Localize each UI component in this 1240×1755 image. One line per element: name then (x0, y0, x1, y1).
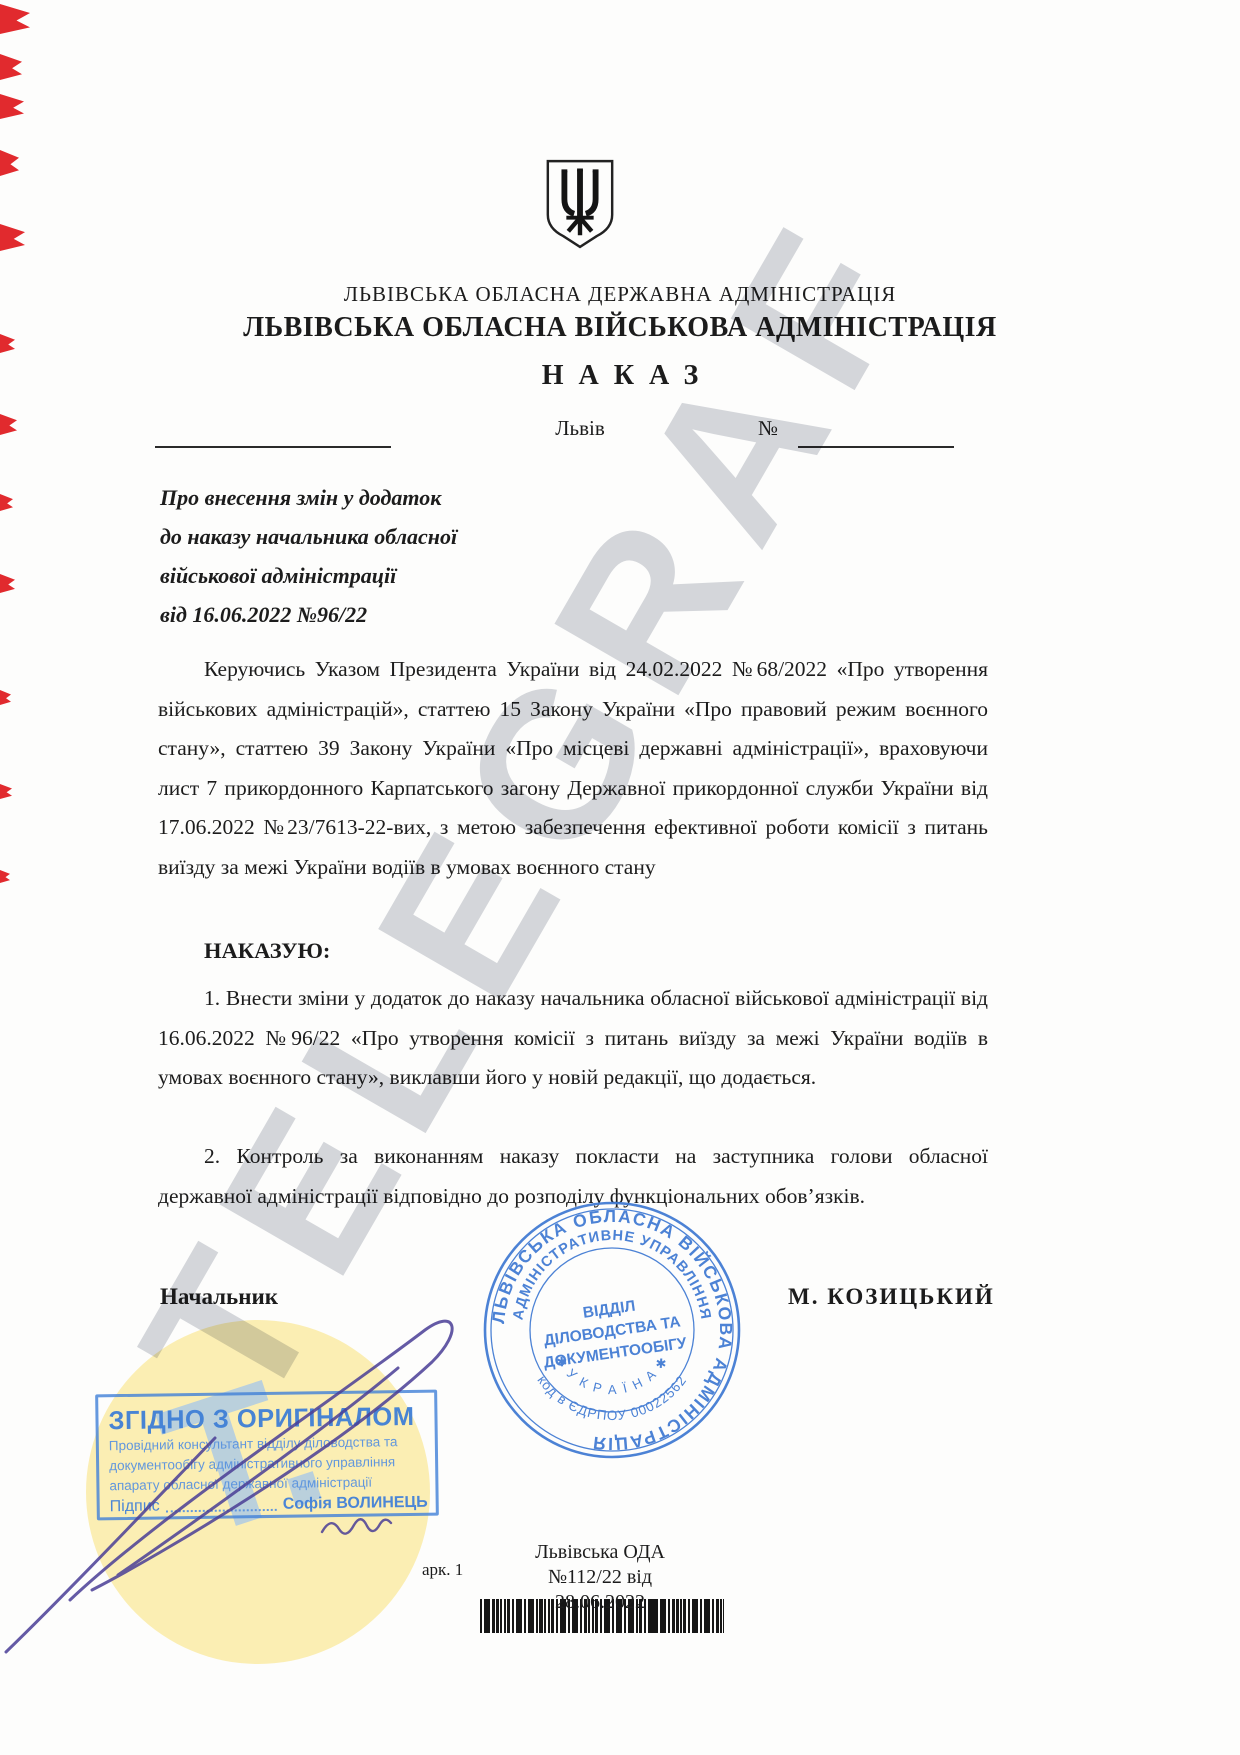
order-preamble: Керуючись Указом Президента України від … (158, 650, 988, 887)
registration-number: №112/22 від (450, 1565, 750, 1590)
edge-mark (0, 224, 25, 251)
round-official-stamp: ЛЬВІВСЬКА ОБЛАСНА ВІЙСЬКОВА АДМІНІСТРАЦІ… (472, 1190, 752, 1475)
edge-mark (0, 4, 30, 34)
org-name-military-administration: ЛЬВІВСЬКА ОБЛАСНА ВІЙСЬКОВА АДМІНІСТРАЦІ… (0, 312, 1240, 344)
svg-text:код в ЄДРПОУ 00022562: код в ЄДРПОУ 00022562 (534, 1373, 689, 1423)
edge-mark (0, 870, 10, 883)
number-blank-line (798, 446, 954, 448)
subject-line: Про внесення змін у додаток (160, 478, 620, 517)
registration-date: 28.06.2022 (450, 1590, 750, 1615)
subject-line: військової адміністрації (160, 556, 620, 595)
edge-mark (0, 574, 15, 593)
signer-name: М. КОЗИЦЬКИЙ (788, 1284, 995, 1310)
issue-city: Львів (480, 416, 680, 441)
stamp-ring-bottom-text: код в ЄДРПОУ 00022562 (534, 1373, 689, 1423)
subject-line: від 16.06.2022 №96/22 (160, 595, 620, 634)
org-name-state-administration: ЛЬВІВСЬКА ОБЛАСНА ДЕРЖАВНА АДМІНІСТРАЦІЯ (0, 282, 1240, 307)
edge-mark (0, 494, 13, 511)
edge-mark (0, 784, 12, 799)
copy-stamp-sign-line (166, 1509, 277, 1513)
edge-mark (0, 150, 19, 176)
scanned-order-document: ЛЬВІВСЬКА ОБЛАСНА ДЕРЖАВНА АДМІНІСТРАЦІЯ… (0, 0, 1240, 1755)
signer-position: Начальник (160, 1284, 278, 1310)
order-item-1: 1. Внести зміни у додаток до наказу нача… (158, 979, 988, 1098)
subject-line: до наказу начальника обласної (160, 517, 620, 556)
order-resolve-word: НАКАЗУЮ: (204, 938, 330, 964)
number-sign: № (758, 416, 778, 441)
order-subject: Про внесення змін у додаток до наказу на… (160, 478, 620, 634)
certified-copy-stamp: ЗГІДНО З ОРИГІНАЛОМ Провідний консультан… (95, 1390, 439, 1521)
stamp-center-line1: ВІДДІЛ (582, 1298, 637, 1322)
registration-org: Львівська ОДА (450, 1540, 750, 1565)
copy-stamp-line: апарату обласної державної адміністрації (109, 1472, 427, 1496)
date-blank-line (155, 446, 391, 448)
document-type-title: НАКАЗ (0, 360, 1240, 392)
registration-block: Львівська ОДА №112/22 від 28.06.2022 (450, 1540, 750, 1615)
edge-mark (0, 414, 17, 435)
copy-stamp-signer: Софія ВОЛИНЕЦЬ (283, 1494, 428, 1514)
ukraine-trident-emblem-icon (541, 158, 619, 257)
edge-mark (0, 94, 24, 119)
edge-mark (0, 690, 11, 705)
edge-mark (0, 54, 22, 80)
copy-stamp-title: ЗГІДНО З ОРИГІНАЛОМ (108, 1401, 420, 1436)
copy-stamp-sign-label: Підпис (110, 1498, 160, 1517)
